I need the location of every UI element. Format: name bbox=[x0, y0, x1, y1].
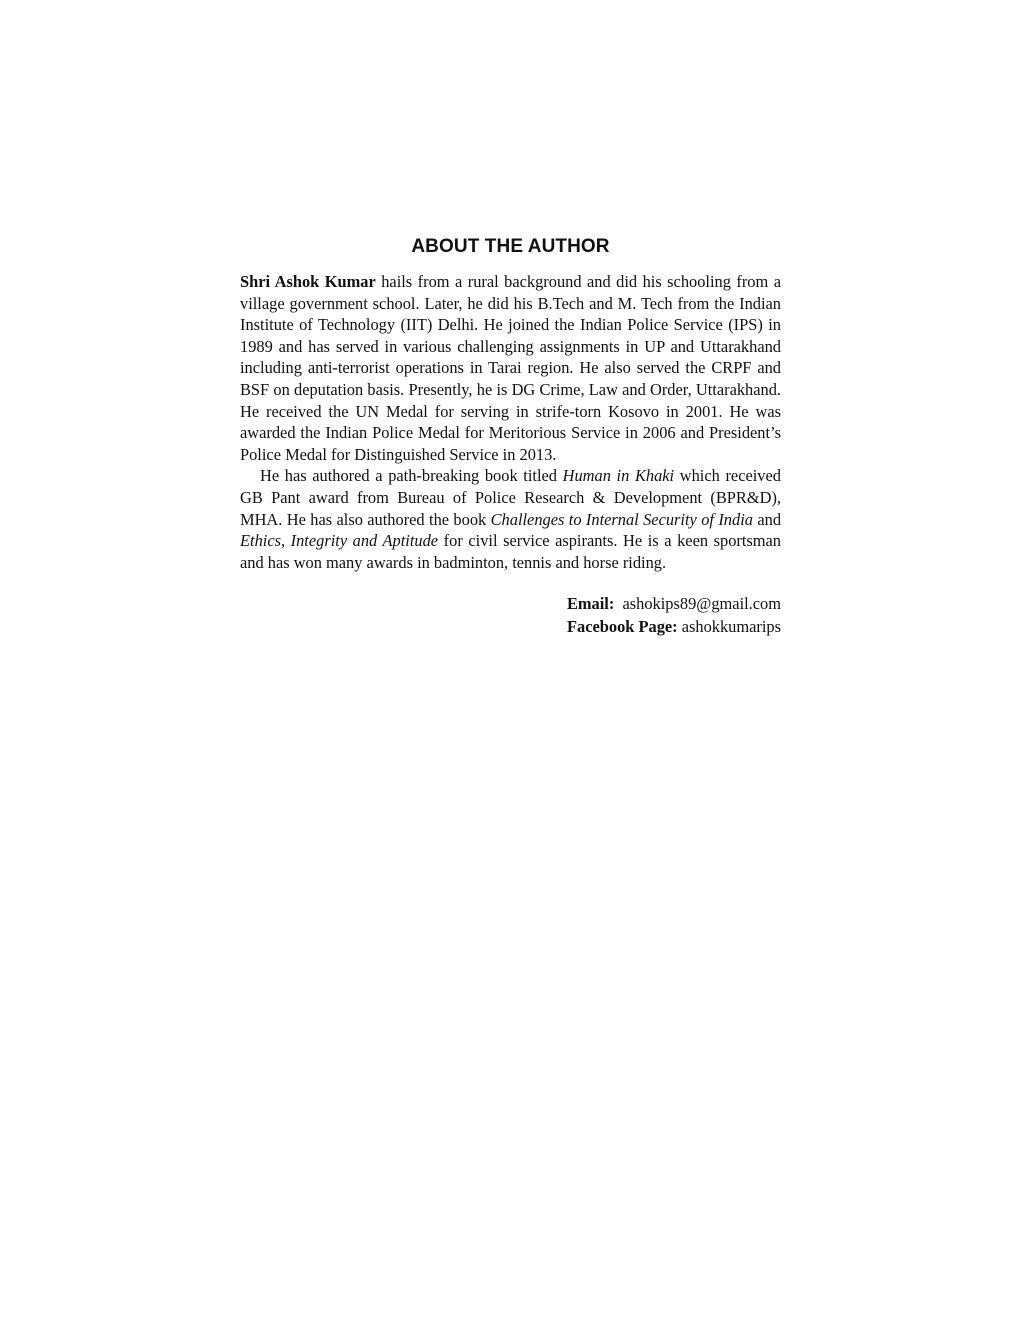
bio-paragraph-2: He has authored a path-breaking book tit… bbox=[240, 465, 781, 573]
book-title-challenges: Challenges to Internal Security of India bbox=[491, 510, 753, 529]
about-author-section: ABOUT THE AUTHOR Shri Ashok Kumar hails … bbox=[240, 236, 781, 638]
book-title-ethics: Ethics, Integrity and Aptitude bbox=[240, 531, 438, 550]
contact-block: Email: ashokips89@gmail.com Facebook Pag… bbox=[240, 592, 781, 638]
section-title: ABOUT THE AUTHOR bbox=[240, 236, 781, 258]
bio-text-2a: He has authored a path-breaking book tit… bbox=[260, 466, 563, 485]
bio-paragraph-1: Shri Ashok Kumar hails from a rural back… bbox=[240, 271, 781, 465]
facebook-label: Facebook Page: bbox=[567, 617, 678, 636]
book-title-human-in-khaki: Human in Khaki bbox=[563, 466, 674, 485]
facebook-line: Facebook Page: ashokkumarips bbox=[240, 615, 781, 638]
author-name: Shri Ashok Kumar bbox=[240, 272, 376, 291]
email-value[interactable]: ashokips89@gmail.com bbox=[623, 594, 782, 613]
email-label: Email: bbox=[567, 594, 614, 613]
email-line: Email: ashokips89@gmail.com bbox=[240, 592, 781, 615]
bio-text-1: hails from a rural background and did hi… bbox=[240, 272, 781, 464]
bio-text-2c: and bbox=[753, 510, 781, 529]
facebook-value[interactable]: ashokkumarips bbox=[682, 617, 781, 636]
